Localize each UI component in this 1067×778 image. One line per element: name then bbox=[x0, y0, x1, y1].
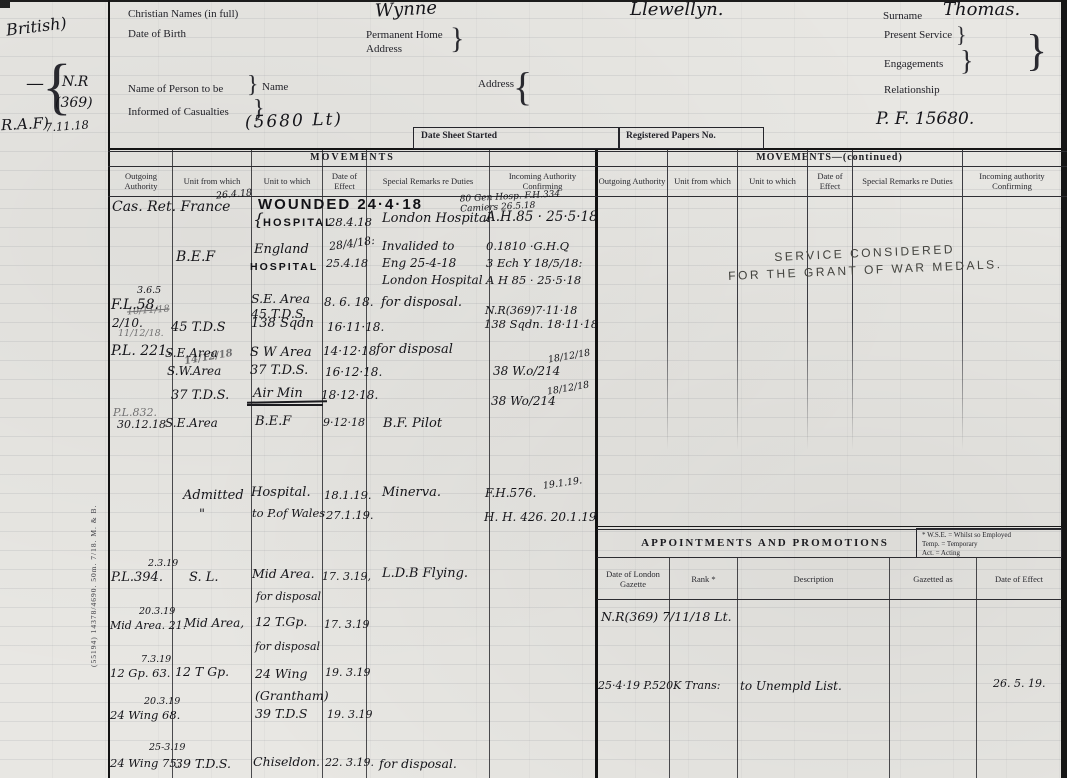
movements-col-header: Date of Effect bbox=[323, 167, 366, 195]
handwritten-entry: 28.4.18 bbox=[328, 216, 372, 229]
handwritten-entry: 24 Wing (Grantham) bbox=[255, 663, 329, 707]
handwritten-entry: Air Min bbox=[253, 387, 303, 402]
brace: } bbox=[956, 22, 967, 47]
handwritten-entry: 19. 3.19 bbox=[327, 709, 372, 722]
appointments-col-header: Description bbox=[738, 558, 889, 599]
date-sheet-started-label: Date Sheet Started bbox=[421, 131, 497, 142]
handwritten-entry: 9·12·18 bbox=[323, 417, 365, 430]
scan-edge-right bbox=[1061, 0, 1067, 778]
handwritten-entry: H. H. 426. 20.1.19 bbox=[484, 511, 597, 525]
handwritten-entry: B.F. Pilot bbox=[383, 417, 442, 432]
handwritten-entry: 16·12·18. bbox=[325, 366, 382, 380]
handwritten-entry: 17. 3.19, bbox=[322, 571, 371, 584]
handwritten-entry: 38 Wo/214 bbox=[491, 395, 556, 409]
handwritten-entry: 8. 6. 18. bbox=[324, 296, 374, 310]
handwritten-entry: for disposal bbox=[376, 343, 453, 358]
handwritten-entry: England bbox=[254, 243, 309, 258]
handwritten-entry: for disposal bbox=[255, 641, 320, 654]
name-label: Name bbox=[262, 81, 288, 94]
handwritten-entry: 20.3.19 bbox=[144, 697, 180, 708]
appointments-top-line bbox=[597, 526, 1062, 527]
handwritten-entry: Mid Area. 21. bbox=[110, 620, 186, 633]
handwritten-entry: 38 W.o/214 bbox=[493, 365, 560, 379]
appointments-col-header: Rank * bbox=[670, 558, 737, 599]
form-left-border bbox=[108, 0, 110, 778]
brace: } bbox=[450, 22, 464, 57]
handwritten-entry: Invalided to Eng 25-4-18 London Hospital bbox=[382, 238, 483, 289]
handwritten-entry: A.H.85 · 25·5·18 bbox=[486, 210, 598, 226]
handwritten-entry: 37 T.D.S. bbox=[171, 389, 229, 404]
movements-col-header: Unit to which bbox=[252, 167, 322, 195]
handwritten-entry: 17. 3.19 bbox=[324, 619, 369, 632]
col-line bbox=[667, 150, 668, 450]
abbreviation-legend: * W.S.E. = Whilst so Employed Temp. = Te… bbox=[918, 529, 1066, 560]
appointments-col-header: Date of Effect bbox=[977, 558, 1061, 599]
handwritten-entry: 16·11·18. bbox=[327, 321, 384, 335]
appointments-col-header: Gazetted as bbox=[890, 558, 976, 599]
handwritten-entry: 20.3.19 bbox=[139, 607, 175, 618]
margin-ref-3: R.A.F) bbox=[1, 115, 50, 135]
movements-col-header: Special Remarks re Duties bbox=[367, 167, 489, 195]
handwritten-entry: S W Area bbox=[250, 346, 312, 361]
relationship-label: Relationship bbox=[884, 84, 940, 97]
scanned-service-record: Christian Names (in full) Date of Birth … bbox=[0, 0, 1067, 778]
handwritten-entry: P.L. 221. bbox=[111, 343, 171, 359]
handwritten-entry: to P.of Wales bbox=[252, 507, 325, 520]
handwritten-entry: 14·12·18 bbox=[323, 345, 376, 359]
handwritten-entry: 25.4.18 bbox=[326, 258, 368, 271]
printer-imprint: (55194) 14378/4690. 50m. 7/18. M. & B. bbox=[90, 382, 99, 667]
handwritten-entry: P.L.394. bbox=[111, 571, 163, 586]
handwritten-entry: 138 Sqdn bbox=[251, 317, 314, 332]
movements-cont-col-header: Date of Effect bbox=[808, 167, 852, 195]
handwritten-entry: 19.1.19. bbox=[542, 476, 582, 492]
col-line bbox=[172, 150, 173, 778]
handwritten-entry: 37 T.D.S. bbox=[250, 364, 308, 379]
col-line bbox=[852, 150, 853, 450]
handwritten-entry: F.H.576. bbox=[485, 487, 536, 501]
handwritten-entry: 26.4.18 bbox=[216, 188, 253, 202]
col-line bbox=[807, 150, 808, 450]
handwritten-entry: 12 Gp. 63. bbox=[110, 667, 170, 680]
handwritten-entry: HOSPITAL bbox=[250, 261, 318, 273]
handwritten-entry: Mid Area, bbox=[184, 617, 244, 631]
address-label: Address bbox=[478, 78, 514, 91]
handwritten-entry: Hospital. bbox=[251, 486, 311, 501]
surname-value: Thomas. bbox=[943, 0, 1020, 21]
handwritten-entry: 39 T.D.S bbox=[255, 707, 307, 721]
col-line bbox=[251, 150, 252, 778]
movements-cont-col-header: Incoming authority Confirming bbox=[963, 167, 1061, 195]
handwritten-entry: 25-3.19 bbox=[149, 743, 185, 754]
christian-names-label: Christian Names (in full) bbox=[128, 8, 238, 21]
service-number-value: (5680 Lt) bbox=[245, 110, 344, 133]
present-service-label: Present Service bbox=[884, 29, 952, 42]
margin-ref-1: N.R bbox=[62, 74, 88, 90]
engagements-label: Engagements bbox=[884, 58, 943, 71]
war-medals-stamp: SERVICE CONSIDERED FOR THE GRANT OF WAR … bbox=[699, 238, 1030, 286]
handwritten-entry: 39 T.D.S. bbox=[175, 757, 231, 771]
surname-label: Surname bbox=[883, 10, 922, 23]
handwritten-entry: 24 Wing 68. bbox=[110, 709, 180, 722]
handwritten-entry: 11/12/18. bbox=[118, 329, 164, 340]
handwritten-entry: HOSPITAL bbox=[263, 217, 334, 230]
movements-col-header: Outgoing Authority bbox=[110, 167, 172, 195]
handwritten-entry: Chiseldon. bbox=[253, 755, 320, 769]
scan-mark-top-left bbox=[0, 0, 10, 8]
handwritten-entry: 12 T.Gp. bbox=[255, 615, 307, 629]
handwritten-entry: 24 Wing 75. bbox=[110, 757, 180, 770]
dob-label: Date of Birth bbox=[128, 28, 186, 41]
handwritten-entry: B.E.F bbox=[255, 415, 291, 430]
handwritten-entry: 7.3.19 bbox=[141, 655, 171, 666]
permanent-home-label: Permanent Home Address bbox=[366, 28, 443, 56]
appointment-entry: N.R(369) 7/11/18 Lt. bbox=[601, 610, 732, 624]
registered-papers-label: Registered Papers No. bbox=[626, 131, 716, 142]
movements-title: MOVEMENTS bbox=[110, 151, 595, 165]
appointment-entry: 26. 5. 19. bbox=[993, 678, 1045, 691]
handwritten-entry: Mid Area. bbox=[252, 567, 315, 581]
handwritten-entry: L.D.B Flying. bbox=[382, 567, 468, 582]
handwritten-entry: Admitted bbox=[183, 489, 244, 504]
brace: } bbox=[960, 46, 973, 78]
handwritten-entry: 30.12.18 bbox=[117, 419, 166, 432]
person-informed-label: Name of Person to be Informed of Casualt… bbox=[128, 78, 229, 124]
appointment-entry: to Unempld List. bbox=[740, 680, 842, 694]
handwritten-entry: for disposal. bbox=[379, 757, 457, 771]
handwritten-entry: for disposal. bbox=[381, 296, 462, 311]
handwritten-entry: " bbox=[199, 508, 205, 523]
handwritten-entry: 3.6.5 bbox=[137, 286, 161, 297]
handwritten-entry: 19. 3.19 bbox=[325, 667, 370, 680]
handwritten-entry: London Hospital bbox=[382, 212, 491, 227]
appointment-entry: 25·4·19 P.520K Trans: bbox=[598, 680, 720, 693]
handwritten-entry: 22. 3.19. bbox=[325, 757, 374, 770]
appointments-title: APPOINTMENTS AND PROMOTIONS bbox=[620, 533, 910, 553]
handwritten-entry: 0.1810 ·G.H.Q 3 Ech Y 18/5/18: A H 85 · … bbox=[486, 238, 582, 289]
handwritten-entry: S.E.Area bbox=[165, 417, 218, 431]
handwritten-entry: 27.1.19. bbox=[326, 509, 374, 522]
handwritten-entry: 45 T.D.S bbox=[171, 321, 226, 336]
handwritten-entry: 18/12/18 bbox=[546, 380, 590, 398]
handwritten-entry: 18.1.19. bbox=[324, 489, 372, 502]
handwritten-entry: 12 T Gp. bbox=[175, 665, 229, 679]
movements-cont-col-header: Unit to which bbox=[738, 167, 807, 195]
scan-edge-top bbox=[0, 0, 1067, 2]
movements-cont-col-header: Unit from which bbox=[668, 167, 737, 195]
handwritten-entry: B.E.F bbox=[176, 249, 215, 265]
appointments-col-header: Date of London Gazette bbox=[597, 558, 669, 599]
movements-cont-col-header: Special Remarks re Duties bbox=[853, 167, 962, 195]
handwritten-entry: 2.3.19 bbox=[148, 559, 178, 570]
pf-number-value: P. F. 15680. bbox=[876, 110, 974, 130]
handwritten-entry: N.R(369)7·11·18 bbox=[485, 305, 577, 318]
col-line bbox=[962, 150, 963, 450]
middle-name-value: Llewellyn. bbox=[630, 0, 723, 21]
crossed-out-entry bbox=[247, 404, 323, 406]
handwritten-entry: for disposal bbox=[256, 591, 321, 604]
handwritten-entry: Minerva. bbox=[382, 486, 441, 501]
christian-name-value: Wynne bbox=[375, 0, 438, 22]
margin-nationality: British) bbox=[5, 14, 68, 40]
handwritten-entry: 28/4/18: bbox=[328, 235, 375, 254]
handwritten-entry: Cas. Ret. France bbox=[112, 199, 230, 215]
appointments-header-line bbox=[597, 599, 1062, 600]
brace: } bbox=[1026, 26, 1047, 77]
movements-cont-title: MOVEMENTS—(continued) bbox=[598, 151, 1061, 165]
handwritten-entry: S. L. bbox=[189, 571, 218, 586]
margin-ref-2: (369) bbox=[55, 95, 93, 111]
movements-cont-col-header: Outgoing Authority bbox=[597, 167, 667, 195]
handwritten-entry: 138 Sqdn. 18·11·18 bbox=[484, 318, 598, 331]
col-line bbox=[737, 150, 738, 450]
handwritten-entry: S.W.Area bbox=[167, 365, 221, 379]
handwritten-entry: 18·12·18. bbox=[321, 389, 378, 403]
brace: { bbox=[513, 64, 532, 110]
margin-ref-date: 7.11.18 bbox=[45, 118, 90, 134]
